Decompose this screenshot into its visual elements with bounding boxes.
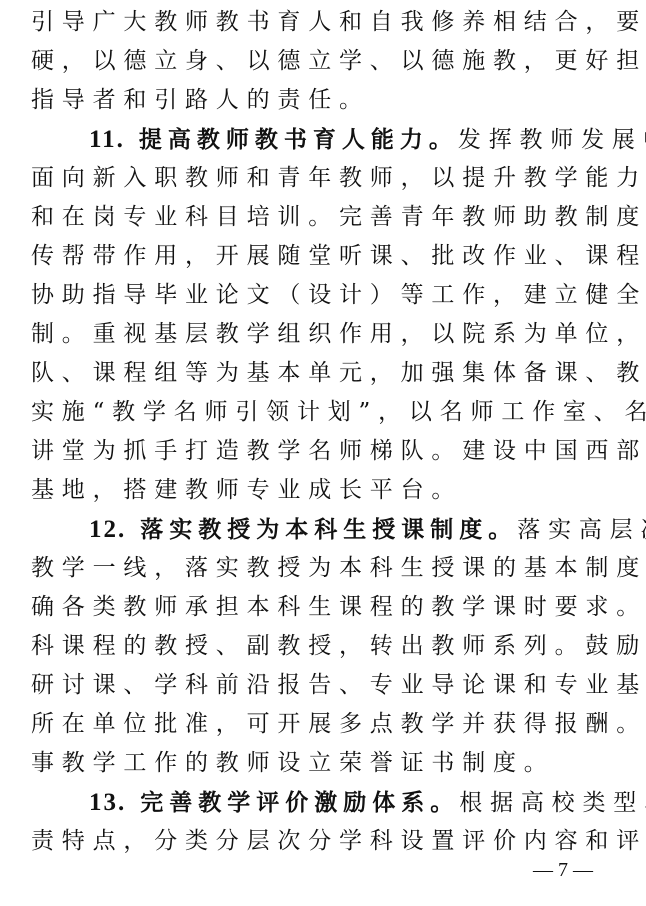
- page-number: — 7 —: [528, 858, 598, 882]
- section-title: 落实教授为本科生授课制度。: [140, 517, 517, 543]
- section-heading: 13. 完善教学评价激励体系。: [89, 790, 459, 816]
- text-line: 和在岗专业科目培训。完善青年教师助教制度，充分发挥老教师: [31, 198, 631, 237]
- document-page: 引导广大教师教书育人和自我修养相结合，要做到政治素质过 硬，以德立身、以德立学、…: [0, 0, 646, 906]
- text-line: 确各类教师承担本科生课程的教学课时要求。连续三年不承担本: [31, 588, 631, 627]
- text-line: 讲堂为抓手打造教学名师梯队。建设中国西部卓越教师培养培训: [31, 432, 631, 471]
- text-line: 责特点，分类分层次分学科设置评价内容和评价方式。统筹考虑: [31, 822, 631, 861]
- text-line-rest: 落实高层次人才走上本科: [517, 517, 646, 543]
- text-line: 制。重视基层教学组织作用，以院系为单位，以教研室、教学团: [31, 315, 631, 354]
- text-line: 教学一线，落实教授为本科生授课的基本制度，结合学校实际明: [31, 549, 631, 588]
- body-text: 引导广大教师教书育人和自我修养相结合，要做到政治素质过 硬，以德立身、以德立学、…: [31, 3, 631, 861]
- text-line: 研讨课、学科前沿报告、专业导论课和专业基础课。高校教师经: [31, 666, 631, 705]
- section-title: 提高教师教书育人能力。: [139, 127, 458, 153]
- text-line: 队、课程组等为基本单元，加强集体备课、教学咨询和教学研讨。: [31, 354, 631, 393]
- text-line: 实施“教学名师引领计划”，以名师工作室、名师基金、名师风采: [31, 393, 631, 432]
- text-line: 协助指导毕业论文（设计）等工作，建立健全相关工作量认定机: [31, 276, 631, 315]
- section-11-heading-line: 11. 提高教师教书育人能力。发挥教师发展中心作用，重点: [31, 120, 631, 159]
- text-line: 基地，搭建教师专业成长平台。: [31, 471, 631, 510]
- text-line: 科课程的教授、副教授，转出教师系列。鼓励知名教授开设新生: [31, 627, 631, 666]
- text-line-rest: 根据高校类型、教师岗位的职: [459, 790, 646, 816]
- section-12-heading-line: 12. 落实教授为本科生授课制度。落实高层次人才走上本科: [31, 510, 631, 549]
- section-title: 完善教学评价激励体系。: [140, 790, 459, 816]
- section-13-heading-line: 13. 完善教学评价激励体系。根据高校类型、教师岗位的职: [31, 783, 631, 822]
- text-line: 所在单位批准，可开展多点教学并获得报酬。倡导高校为长期从: [31, 705, 631, 744]
- section-heading: 11. 提高教师教书育人能力。: [89, 127, 458, 153]
- text-line: 引导广大教师教书育人和自我修养相结合，要做到政治素质过: [31, 3, 631, 42]
- text-line: 面向新入职教师和青年教师，以提升教学能力为目的，开展岗前: [31, 159, 631, 198]
- text-line: 传帮带作用，开展随堂听课、批改作业、课程答疑、实验指导、: [31, 237, 631, 276]
- section-heading: 12. 落实教授为本科生授课制度。: [89, 517, 517, 543]
- section-number: 12.: [89, 516, 126, 543]
- text-line: 事教学工作的教师设立荣誉证书制度。: [31, 744, 631, 783]
- section-number: 13.: [89, 789, 126, 816]
- text-line: 硬，以德立身、以德立学、以德施教，更好担当起学生健康成长: [31, 42, 631, 81]
- text-line: 指导者和引路人的责任。: [31, 81, 631, 120]
- text-line-rest: 发挥教师发展中心作用，重点: [458, 127, 646, 153]
- section-number: 11.: [89, 126, 125, 153]
